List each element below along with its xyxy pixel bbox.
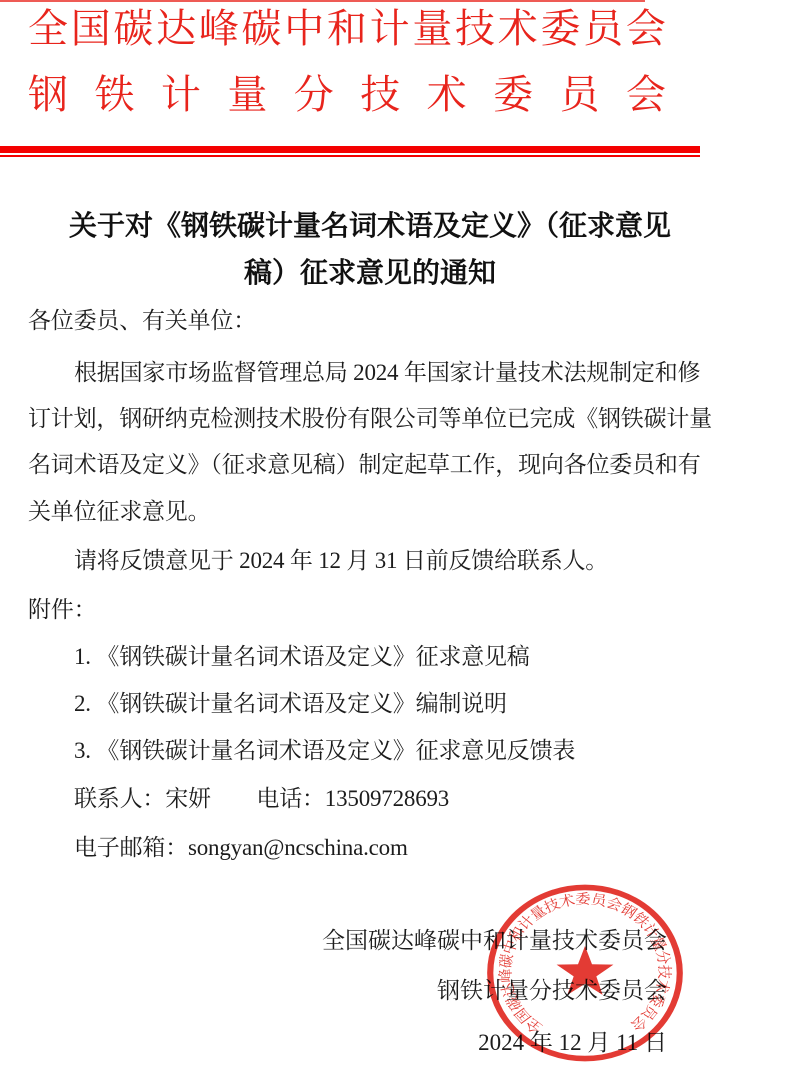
letterhead-divider-thick-rule — [0, 146, 700, 153]
notice-document-page: 全国碳达峰碳中和计量技术委员会 钢铁计量分技术委员会 关于对《钢铁碳计量名词术语… — [0, 0, 800, 1069]
salutation: 各位委员、有关单位： — [28, 306, 256, 336]
paragraph1-line1: 根据国家市场监督管理总局 2024 年国家计量技术法规制定和修 — [74, 358, 700, 388]
seal-ring-text: 全国碳达峰碳中和计量技术委员会钢铁计量分技术委员会 — [497, 891, 673, 1036]
notice-title-line-2: 稿）征求意见的通知 — [28, 256, 712, 290]
signature-date: 2024 年 12 月 11 日 — [478, 1028, 667, 1058]
paragraph1-line4: 关单位征求意见。 — [28, 497, 210, 527]
letterhead-line-2: 钢铁计量分技术委员会 — [28, 71, 666, 119]
contact-email: 电子邮箱：songyan@ncschina.com — [74, 833, 408, 863]
paragraph1-line2: 订计划，钢研纳克检测技术股份有限公司等单位已完成《钢铁碳计量 — [28, 404, 712, 434]
signature-org-line-1: 全国碳达峰碳中和计量技术委员会 — [322, 926, 667, 956]
paragraph1-line3: 名词术语及定义》（征求意见稿）制定起草工作，现向各位委员和有 — [28, 450, 701, 480]
contact-person-and-phone: 联系人：宋妍 电话：13509728693 — [74, 784, 449, 814]
attachment-item-1: 1. 《钢铁碳计量名词术语及定义》征求意见稿 — [74, 642, 530, 672]
signature-org-line-2: 钢铁计量分技术委员会 — [437, 976, 667, 1006]
notice-title-line-1: 关于对《钢铁碳计量名词术语及定义》（征求意见 — [28, 209, 712, 243]
letterhead-divider-thin-rule — [0, 155, 700, 157]
attachments-label: 附件： — [28, 595, 96, 625]
attachment-item-3: 3. 《钢铁碳计量名词术语及定义》征求意见反馈表 — [74, 736, 575, 766]
attachment-item-2: 2. 《钢铁碳计量名词术语及定义》编制说明 — [74, 689, 507, 719]
top-hairline-rule — [0, 0, 645, 2]
letterhead-line-1: 全国碳达峰碳中和计量技术委员会 — [28, 5, 666, 53]
paragraph2-feedback-deadline: 请将反馈意见于 2024 年 12 月 31 日前反馈给联系人。 — [74, 546, 608, 576]
seal-ring-text-container: 全国碳达峰碳中和计量技术委员会钢铁计量分技术委员会 — [497, 891, 673, 1036]
